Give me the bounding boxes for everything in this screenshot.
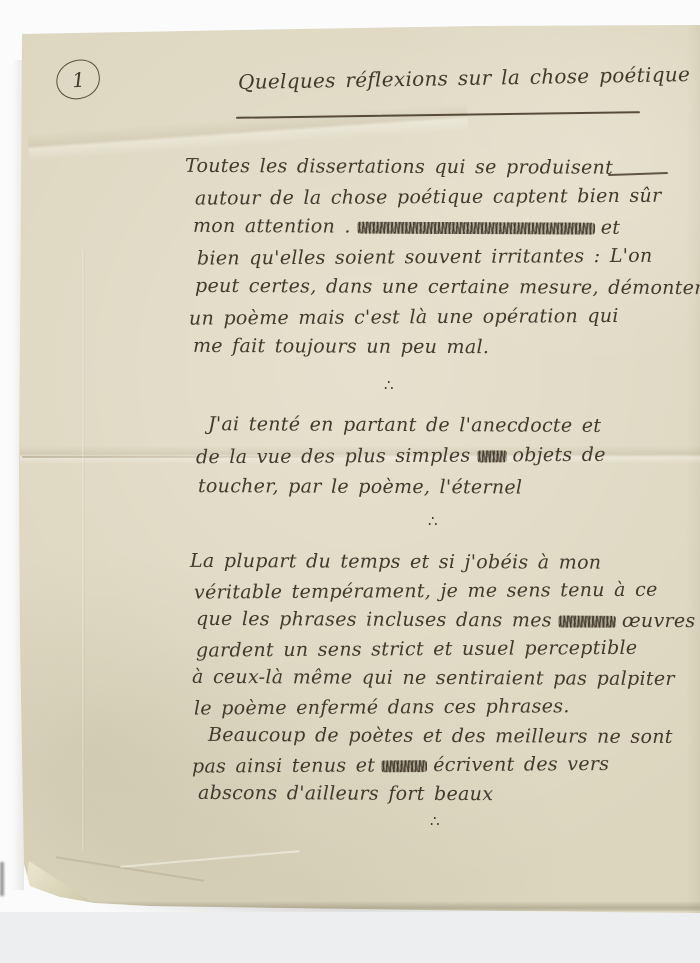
line-text: écrivent des vers: [433, 753, 609, 776]
line-text: mon attention .: [193, 215, 351, 238]
paragraph-1: Toutes les dissertations qui se produise…: [185, 152, 700, 362]
handwritten-line: de la vue des plus simplesobjets de: [196, 440, 606, 474]
scribbled-out-word: [381, 760, 427, 772]
handwritten-line: bien qu'elles soient souvent irritantes …: [197, 240, 700, 273]
manuscript-title: Quelques réflexions sur la chose poétiqu…: [238, 62, 691, 94]
handwritten-line: abscons d'ailleurs fort beaux: [198, 779, 696, 810]
paragraph-separator: ∴: [428, 512, 440, 530]
handwritten-line: un poème mais c'est là une opération qui: [189, 300, 700, 333]
scribbled-out-text: [357, 222, 595, 235]
paper-wrinkle: [120, 850, 299, 868]
handwritten-line: le poème enfermé dans ces phrases.: [194, 691, 696, 723]
handwritten-line: mon attention .et: [193, 211, 700, 243]
paragraph-separator: ∴: [430, 812, 442, 830]
handwritten-line: La plupart du temps et si j'obéis à mon: [190, 547, 696, 578]
handwritten-line: pas ainsi tenus etécrivent des vers: [192, 749, 696, 781]
handwritten-line: que les phrases incluses dans mesœuvres: [196, 605, 696, 636]
scribbled-out-word: [476, 450, 506, 462]
page-number: 1: [71, 67, 85, 92]
paragraph-2: J'ai tenté en partant de l'anecdocte et …: [188, 410, 606, 503]
scribbled-out-word: [558, 615, 616, 627]
handwritten-line: gardent un sens strict et usuel percepti…: [196, 633, 696, 665]
line-text: et: [601, 217, 621, 239]
page-number-circle: 1: [53, 56, 103, 102]
handwritten-line: Toutes les dissertations qui se produise…: [185, 151, 700, 183]
photo-background: 1 Quelques réflexions sur la chose poéti…: [0, 0, 700, 963]
handwritten-line: peut certes, dans une certaine mesure, d…: [195, 271, 700, 303]
handwritten-line: autour de la chose poétique captent bien…: [195, 180, 700, 213]
paragraph-3: La plupart du temps et si j'obéis à mon …: [186, 548, 696, 809]
edge-smudge-mark: [0, 862, 4, 896]
handwritten-line: toucher, par le poème, l'éternel: [198, 471, 606, 504]
handwritten-line: J'ai tenté en partant de l'anecdocte et: [208, 409, 606, 442]
paper-sheet: 1 Quelques réflexions sur la chose poéti…: [0, 0, 700, 963]
handwritten-line: véritable tempérament, je me sens tenu à…: [194, 575, 696, 607]
scanner-background-strip: [0, 912, 700, 963]
line-text: que les phrases incluses dans mes: [196, 608, 552, 632]
paragraph-separator: ∴: [384, 376, 396, 394]
fold-crease-vertical: [82, 250, 85, 850]
handwritten-line: me fait toujours un peu mal.: [193, 331, 700, 363]
line-text: de la vue des plus simples: [196, 445, 471, 469]
handwritten-line: à ceux-là même qui ne sentiraient pas pa…: [192, 663, 696, 694]
line-text: objets de: [512, 444, 605, 467]
line-text: œuvres: [622, 610, 696, 632]
handwritten-line: Beaucoup de poètes et des meilleurs ne s…: [208, 721, 696, 752]
line-text: pas ainsi tenus et: [192, 754, 375, 777]
